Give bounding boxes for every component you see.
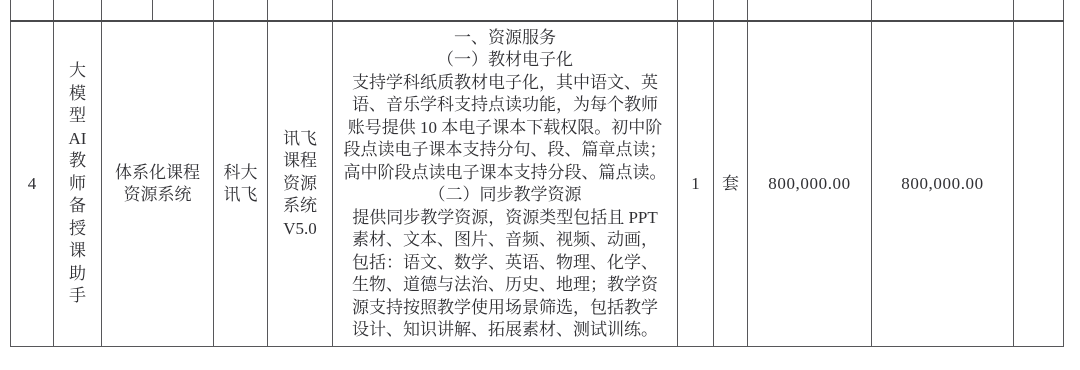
- procurement-items-table: 4 大 模 型 AI 教 师 备 授 课 助 手 体系化课程 资源系统 科大 讯…: [10, 0, 1064, 347]
- prev-row-cell: [214, 0, 268, 21]
- document-page: 4 大 模 型 AI 教 师 备 授 课 助 手 体系化课程 资源系统 科大 讯…: [0, 0, 1080, 370]
- remark-cell: [1014, 21, 1064, 347]
- prev-row-cell: [678, 0, 714, 21]
- prev-row-cell: [1014, 0, 1064, 21]
- brand-cell: 科大 讯飞: [214, 21, 268, 347]
- previous-row-remnant: [11, 0, 1064, 21]
- table-row-item-4: 4 大 模 型 AI 教 师 备 授 课 助 手 体系化课程 资源系统 科大 讯…: [11, 21, 1064, 347]
- prev-row-cell: [54, 0, 102, 21]
- item-name-cell: 大 模 型 AI 教 师 备 授 课 助 手: [54, 21, 102, 347]
- seq-cell: 4: [11, 21, 54, 347]
- prev-row-cell: [333, 0, 678, 21]
- prev-row-cell: [268, 0, 333, 21]
- prev-row-cell: [714, 0, 748, 21]
- specs-cell: 一、资源服务 （一）教材电子化 支持学科纸质教材电子化，其中语文、英 语、音乐学…: [333, 21, 678, 347]
- prev-row-cell: [102, 0, 153, 21]
- quantity-cell: 1: [678, 21, 714, 347]
- model-cell: 讯飞 课程 资源 系统 V5.0: [268, 21, 333, 347]
- prev-row-cell: [153, 0, 214, 21]
- prev-row-cell: [748, 0, 872, 21]
- prev-row-cell: [872, 0, 1014, 21]
- unit-price-cell: 800,000.00: [748, 21, 872, 347]
- total-price-cell: 800,000.00: [872, 21, 1014, 347]
- prev-row-cell: [11, 0, 54, 21]
- system-name-cell: 体系化课程 资源系统: [102, 21, 214, 347]
- unit-cell: 套: [714, 21, 748, 347]
